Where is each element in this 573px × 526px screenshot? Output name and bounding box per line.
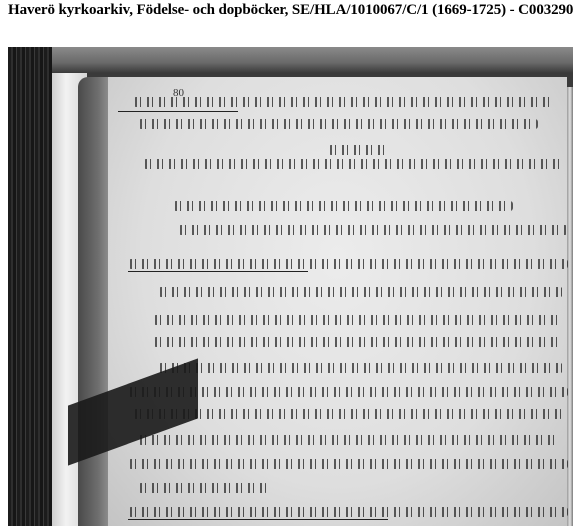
handwriting-line	[128, 507, 568, 517]
handwriting-line	[178, 225, 568, 235]
handwriting-line	[158, 363, 563, 373]
handwriting-line	[328, 145, 388, 155]
handwriting-line	[153, 337, 563, 347]
scan-top-band	[52, 47, 573, 73]
underline-stroke	[118, 111, 238, 112]
handwriting-line	[138, 435, 558, 445]
page-right-edge	[567, 87, 573, 526]
handwriting-line	[143, 159, 563, 169]
underline-stroke	[128, 519, 388, 520]
handwriting-line	[158, 287, 563, 297]
handwriting-line	[133, 97, 553, 107]
scan-dark-frame	[8, 47, 52, 526]
underline-stroke	[128, 271, 308, 272]
handwriting-line	[153, 315, 563, 325]
document-title: Haverö kyrkoarkiv, Födelse- och dopböcke…	[8, 2, 573, 19]
archive-scan-image: 80	[8, 47, 573, 526]
handwriting-line	[128, 459, 568, 469]
handwriting-line	[138, 483, 268, 493]
handwriting-line	[173, 201, 513, 211]
handwriting-line	[138, 119, 538, 129]
handwriting-line	[128, 259, 568, 269]
